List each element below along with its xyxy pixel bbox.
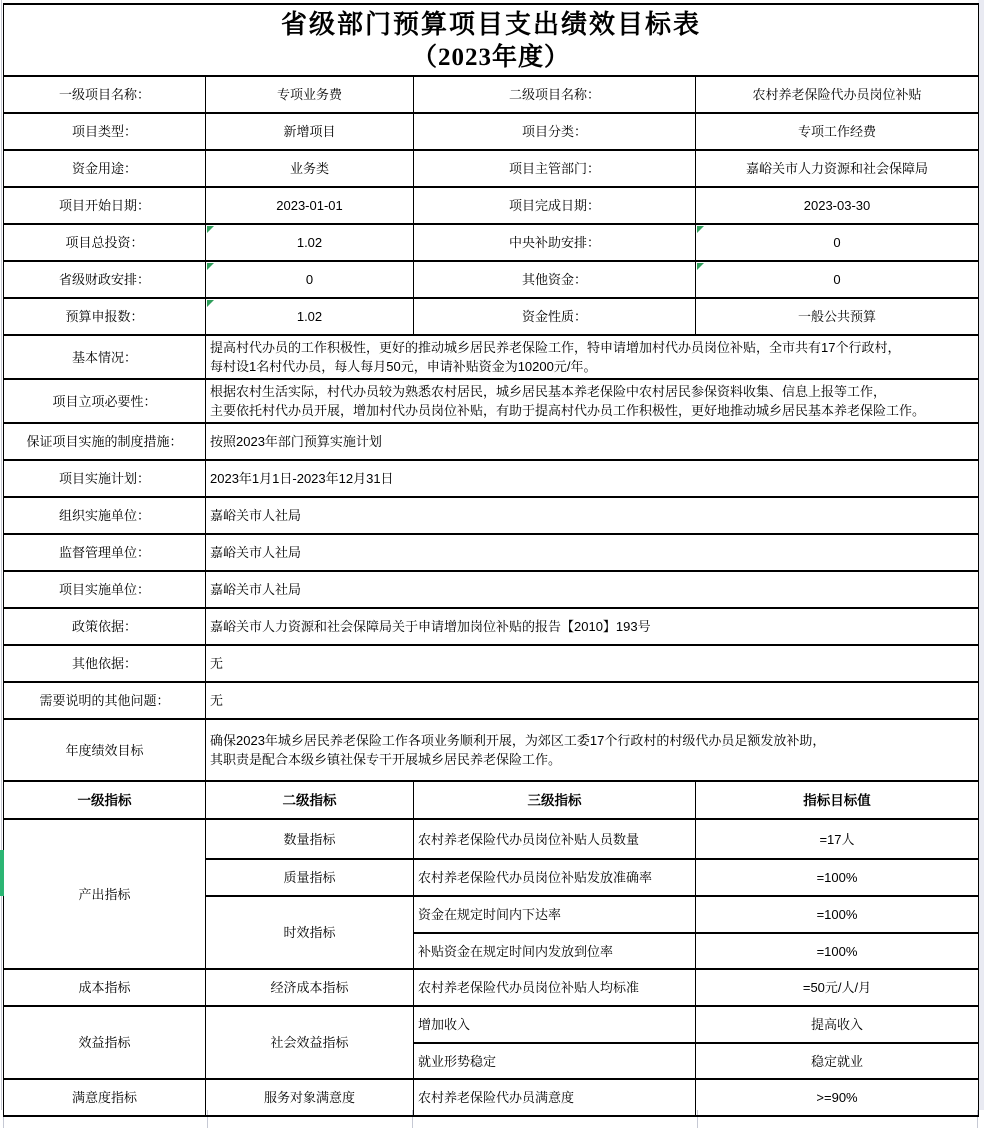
field-label[interactable]: 一级项目名称： xyxy=(4,76,206,113)
level3-indicator-cell[interactable]: 补贴资金在规定时间内发放到位率 xyxy=(414,933,696,969)
row-implementing-unit: 项目实施单位： 嘉峪关市人社局 xyxy=(4,571,979,608)
sheet-area: 省级部门预算项目支出绩效目标表 （2023年度） 一级项目名称： 专项业务费 二… xyxy=(3,3,979,1117)
field-value[interactable]: 1.02 xyxy=(206,298,414,335)
field-label[interactable]: 项目实施单位： xyxy=(4,571,206,608)
level2-indicator-cell[interactable]: 社会效益指标 xyxy=(206,1006,414,1079)
field-value[interactable]: 一般公共预算 xyxy=(696,298,979,335)
level3-indicator-cell[interactable]: 农村养老保险代办员满意度 xyxy=(414,1079,696,1116)
field-label[interactable]: 项目类型： xyxy=(4,113,206,150)
field-value[interactable]: 专项工作经费 xyxy=(696,113,979,150)
indicator-row: 满意度指标 服务对象满意度 农村养老保险代办员满意度 >=90% xyxy=(4,1079,979,1116)
field-label[interactable]: 项目开始日期： xyxy=(4,187,206,224)
field-content[interactable]: 确保2023年城乡居民养老保险工作各项业务顺利开展，为郊区工委17个行政村的村级… xyxy=(206,719,979,781)
indicator-row: 效益指标 社会效益指标 增加收入 提高收入 xyxy=(4,1006,979,1043)
target-value-cell[interactable]: =17人 xyxy=(696,819,979,859)
level2-indicator-cell[interactable]: 时效指标 xyxy=(206,896,414,969)
field-content[interactable]: 嘉峪关市人社局 xyxy=(206,571,979,608)
field-value[interactable]: 业务类 xyxy=(206,150,414,187)
field-label[interactable]: 年度绩效目标 xyxy=(4,719,206,781)
level3-indicator-cell[interactable]: 资金在规定时间内下达率 xyxy=(414,896,696,933)
target-value-cell[interactable]: 稳定就业 xyxy=(696,1043,979,1079)
row-implementation-plan: 项目实施计划： 2023年1月1日-2023年12月31日 xyxy=(4,460,979,497)
sheet-edge-gridline xyxy=(1,0,2,1128)
field-label[interactable]: 资金性质： xyxy=(414,298,696,335)
field-value[interactable]: 0 xyxy=(696,224,979,261)
row-provincial-finance: 省级财政安排： 0 其他资金： 0 xyxy=(4,261,979,298)
level2-indicator-cell[interactable]: 经济成本指标 xyxy=(206,969,414,1006)
field-value[interactable]: 2023-03-30 xyxy=(696,187,979,224)
row-supervising-unit: 监督管理单位： 嘉峪关市人社局 xyxy=(4,534,979,571)
field-label[interactable]: 基本情况： xyxy=(4,335,206,379)
field-label[interactable]: 政策依据： xyxy=(4,608,206,645)
level3-indicator-cell[interactable]: 农村养老保险代办员岗位补贴人员数量 xyxy=(414,819,696,859)
level1-indicator-cell[interactable]: 产出指标 xyxy=(4,819,206,969)
field-content[interactable]: 无 xyxy=(206,682,979,719)
field-value-text: 0 xyxy=(306,272,313,287)
header-target-value[interactable]: 指标目标值 xyxy=(696,781,979,819)
row-organizing-unit: 组织实施单位： 嘉峪关市人社局 xyxy=(4,497,979,534)
field-label[interactable]: 监督管理单位： xyxy=(4,534,206,571)
form-title: 省级部门预算项目支出绩效目标表 xyxy=(4,7,978,42)
field-content[interactable]: 2023年1月1日-2023年12月31日 xyxy=(206,460,979,497)
field-content[interactable]: 按照2023年部门预算实施计划 xyxy=(206,423,979,460)
title-row: 省级部门预算项目支出绩效目标表 （2023年度） xyxy=(4,4,979,76)
level3-indicator-cell[interactable]: 农村养老保险代办员岗位补贴人均标准 xyxy=(414,969,696,1006)
target-value-cell[interactable]: =100% xyxy=(696,896,979,933)
level1-indicator-cell[interactable]: 效益指标 xyxy=(4,1006,206,1079)
level2-indicator-cell[interactable]: 服务对象满意度 xyxy=(206,1079,414,1116)
field-label[interactable]: 需要说明的其他问题： xyxy=(4,682,206,719)
row-fund-usage: 资金用途： 业务类 项目主管部门： 嘉峪关市人力资源和社会保障局 xyxy=(4,150,979,187)
indicator-row: 成本指标 经济成本指标 农村养老保险代办员岗位补贴人均标准 =50元/人/月 xyxy=(4,969,979,1006)
target-value-cell[interactable]: =100% xyxy=(696,933,979,969)
level2-indicator-cell[interactable]: 数量指标 xyxy=(206,819,414,859)
row-project-names: 一级项目名称： 专项业务费 二级项目名称： 农村养老保险代办员岗位补贴 xyxy=(4,76,979,113)
cell-error-marker xyxy=(207,226,214,233)
level2-indicator-cell[interactable]: 质量指标 xyxy=(206,859,414,896)
level1-indicator-cell[interactable]: 满意度指标 xyxy=(4,1079,206,1116)
level3-indicator-cell[interactable]: 增加收入 xyxy=(414,1006,696,1043)
field-value-text: 0 xyxy=(833,235,840,250)
field-content[interactable]: 无 xyxy=(206,645,979,682)
field-value[interactable]: 0 xyxy=(696,261,979,298)
field-value[interactable]: 嘉峪关市人力资源和社会保障局 xyxy=(696,150,979,187)
row-budget-declared: 预算申报数： 1.02 资金性质： 一般公共预算 xyxy=(4,298,979,335)
target-value-cell[interactable]: =50元/人/月 xyxy=(696,969,979,1006)
row-total-investment: 项目总投资： 1.02 中央补助安排： 0 xyxy=(4,224,979,261)
level3-indicator-cell[interactable]: 就业形势稳定 xyxy=(414,1043,696,1079)
header-level1-indicator[interactable]: 一级指标 xyxy=(4,781,206,819)
field-label[interactable]: 组织实施单位： xyxy=(4,497,206,534)
field-label[interactable]: 资金用途： xyxy=(4,150,206,187)
field-label[interactable]: 项目实施计划： xyxy=(4,460,206,497)
field-label[interactable]: 项目立项必要性： xyxy=(4,379,206,423)
row-project-type: 项目类型： 新增项目 项目分类： 专项工作经费 xyxy=(4,113,979,150)
header-level2-indicator[interactable]: 二级指标 xyxy=(206,781,414,819)
field-content[interactable]: 嘉峪关市人社局 xyxy=(206,497,979,534)
cell-error-marker xyxy=(697,263,704,270)
target-value-cell[interactable]: >=90% xyxy=(696,1079,979,1116)
field-label[interactable]: 省级财政安排： xyxy=(4,261,206,298)
form-title-cell[interactable]: 省级部门预算项目支出绩效目标表 （2023年度） xyxy=(4,4,979,76)
field-label[interactable]: 其他依据： xyxy=(4,645,206,682)
field-label[interactable]: 保证项目实施的制度措施： xyxy=(4,423,206,460)
field-value[interactable]: 1.02 xyxy=(206,224,414,261)
field-value[interactable]: 0 xyxy=(206,261,414,298)
field-value-text: 1.02 xyxy=(297,309,322,324)
field-label[interactable]: 项目主管部门： xyxy=(414,150,696,187)
row-policy-basis: 政策依据： 嘉峪关市人力资源和社会保障局关于申请增加岗位补贴的报告【2010】1… xyxy=(4,608,979,645)
row-basic-situation: 基本情况： 提高村代办员的工作积极性，更好的推动城乡居民养老保险工作，特申请增加… xyxy=(4,335,979,379)
row-selection-strip xyxy=(0,850,4,896)
field-label[interactable]: 预算申报数： xyxy=(4,298,206,335)
row-project-dates: 项目开始日期： 2023-01-01 项目完成日期： 2023-03-30 xyxy=(4,187,979,224)
field-label[interactable]: 二级项目名称： xyxy=(414,76,696,113)
form-subtitle-year: （2023年度） xyxy=(4,42,978,74)
field-value-text: 0 xyxy=(833,272,840,287)
row-other-issues: 需要说明的其他问题： 无 xyxy=(4,682,979,719)
field-content[interactable]: 根据农村生活实际，村代办员较为熟悉农村居民，城乡居民基本养老保险中农村居民参保资… xyxy=(206,379,979,423)
cell-error-marker xyxy=(697,226,704,233)
indicator-row: 产出指标 数量指标 农村养老保险代办员岗位补贴人员数量 =17人 xyxy=(4,819,979,859)
row-system-measures: 保证项目实施的制度措施： 按照2023年部门预算实施计划 xyxy=(4,423,979,460)
performance-target-table: 省级部门预算项目支出绩效目标表 （2023年度） 一级项目名称： 专项业务费 二… xyxy=(3,3,979,1117)
field-label[interactable]: 项目完成日期： xyxy=(414,187,696,224)
cell-error-marker xyxy=(207,263,214,270)
field-value[interactable]: 农村养老保险代办员岗位补贴 xyxy=(696,76,979,113)
row-other-basis: 其他依据： 无 xyxy=(4,645,979,682)
field-label[interactable]: 项目分类： xyxy=(414,113,696,150)
target-value-cell[interactable]: =100% xyxy=(696,859,979,896)
field-value[interactable]: 新增项目 xyxy=(206,113,414,150)
level1-indicator-cell[interactable]: 成本指标 xyxy=(4,969,206,1006)
field-value-text: 1.02 xyxy=(297,235,322,250)
level3-indicator-cell[interactable]: 农村养老保险代办员岗位补贴发放准确率 xyxy=(414,859,696,896)
field-value[interactable]: 2023-01-01 xyxy=(206,187,414,224)
field-label[interactable]: 项目总投资： xyxy=(4,224,206,261)
row-annual-goal: 年度绩效目标 确保2023年城乡居民养老保险工作各项业务顺利开展，为郊区工委17… xyxy=(4,719,979,781)
field-content[interactable]: 嘉峪关市人力资源和社会保障局关于申请增加岗位补贴的报告【2010】193号 xyxy=(206,608,979,645)
target-value-cell[interactable]: 提高收入 xyxy=(696,1006,979,1043)
spreadsheet-view: { "title": { "line1": "省级部门预算项目支出绩效目标表",… xyxy=(0,0,984,1128)
field-label[interactable]: 其他资金： xyxy=(414,261,696,298)
field-content[interactable]: 嘉峪关市人社局 xyxy=(206,534,979,571)
indicator-header-row: 一级指标 二级指标 三级指标 指标目标值 xyxy=(4,781,979,819)
cell-error-marker xyxy=(207,300,214,307)
field-label[interactable]: 中央补助安排： xyxy=(414,224,696,261)
field-content[interactable]: 提高村代办员的工作积极性，更好的推动城乡居民养老保险工作，特申请增加村代办员岗位… xyxy=(206,335,979,379)
header-level3-indicator[interactable]: 三级指标 xyxy=(414,781,696,819)
field-value[interactable]: 专项业务费 xyxy=(206,76,414,113)
row-necessity: 项目立项必要性： 根据农村生活实际，村代办员较为熟悉农村居民，城乡居民基本养老保… xyxy=(4,379,979,423)
